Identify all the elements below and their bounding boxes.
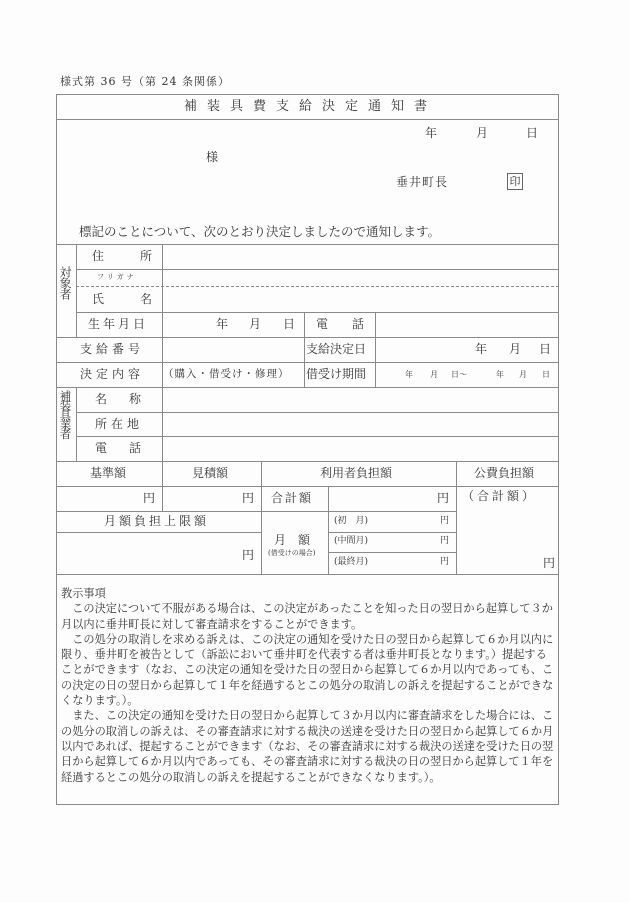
estimate-header: 見積額 [192, 467, 228, 479]
estimate-yen: 円 [242, 492, 254, 504]
address-label: 住 所 [92, 250, 156, 262]
first-month-label: (初 月) [334, 517, 368, 526]
divider [56, 532, 261, 533]
rental-period-label: 借受け期間 [306, 368, 366, 380]
divider [76, 286, 559, 287]
divider [56, 362, 559, 363]
divider [56, 461, 559, 462]
divider [328, 532, 456, 533]
divider [56, 511, 456, 512]
date-month: 月 [476, 127, 488, 139]
instructions-paragraph: この決定について不服がある場合は、この決定があったことを知った日の翌日から起算し… [61, 601, 555, 632]
vendor-group-label: 補装具業者 [59, 390, 71, 438]
divider [76, 412, 559, 413]
birthdate-label: 生年月日 [88, 318, 148, 330]
final-month-yen: 円 [440, 558, 449, 567]
instructions-paragraph: この処分の取消しを求める訴えは、この決定の通知を受けた日の翌日から起算して６か月… [61, 632, 555, 708]
addressee-suffix: 様 [206, 151, 218, 163]
monthly-cap-label: 月額負担上限額 [104, 515, 209, 527]
public-burden-header: 公費負担額 [474, 467, 534, 479]
user-burden-header: 利用者負担額 [320, 467, 392, 479]
middle-month-yen: 円 [440, 537, 449, 546]
vendor-name-label: 名 称 [95, 393, 146, 405]
divider [456, 461, 457, 574]
user-total-label: 合計額 [271, 492, 313, 504]
divider [76, 269, 559, 270]
seal-mark: 印 [507, 173, 523, 190]
vendor-phone-label: 電 話 [95, 442, 146, 454]
rental-to-year: 年 [496, 371, 504, 379]
divider [76, 244, 77, 337]
decision-date-year: 年 [475, 343, 487, 355]
rental-from-month: 月 [430, 371, 438, 379]
furigana-label: フリガナ [97, 274, 137, 281]
form-number: 様式第 36 号（第 24 条関係） [60, 73, 230, 89]
subject-group-label: 対象者 [59, 266, 71, 299]
payment-number-label: 支給番号 [80, 343, 144, 355]
divider [56, 486, 559, 487]
monthly-cap-yen: 円 [242, 549, 254, 561]
standard-amount-header: 基準額 [90, 467, 126, 479]
divider [261, 461, 262, 574]
decision-date-label: 支給決定日 [306, 343, 366, 355]
divider [56, 337, 559, 338]
instructions-paragraph: また、この決定の通知を受けた日の翌日から起算して３か月以内に審査請求をした場合に… [61, 708, 555, 784]
monthly-label: 月 額 [274, 534, 310, 546]
divider [328, 552, 456, 553]
instructions-heading: 教示事項 [61, 586, 555, 601]
divider [328, 486, 329, 574]
issuer: 垂井町長 [396, 176, 448, 188]
content-value: （購入・借受け・修理） [163, 369, 290, 380]
divider [56, 387, 559, 388]
divider [304, 312, 305, 387]
birthdate-day: 日 [283, 318, 295, 330]
divider [375, 312, 376, 387]
divider [56, 244, 559, 245]
birthdate-month: 月 [249, 318, 261, 330]
date-year: 年 [425, 127, 437, 139]
divider [76, 436, 559, 437]
birthdate-year: 年 [216, 318, 228, 330]
intro-text: 標記のことについて、次のとおり決定しましたので通知します。 [79, 226, 440, 239]
rental-to-day: 日 [542, 371, 550, 379]
rental-from-day: 日～ [451, 371, 467, 379]
divider [76, 312, 559, 313]
decision-date-day: 日 [539, 343, 551, 355]
document-title: 補装具費支給決定通知書 [184, 100, 437, 113]
rental-from-year: 年 [405, 371, 413, 379]
date-day: 日 [526, 127, 538, 139]
public-total-yen: 円 [543, 557, 555, 569]
user-total-yen: 円 [437, 492, 449, 504]
middle-month-label: (中間月) [334, 537, 368, 546]
divider [56, 574, 559, 575]
name-label: 氏 名 [92, 293, 156, 305]
final-month-label: (最終月) [334, 558, 368, 567]
phone-label: 電 話 [316, 318, 370, 330]
standard-yen: 円 [143, 492, 155, 504]
divider [56, 119, 559, 120]
public-total-label: （合計額） [462, 490, 537, 502]
vendor-location-label: 所在地 [95, 418, 143, 430]
instructions-section: 教示事項 この決定について不服がある場合は、この決定があったことを知った日の翌日… [61, 586, 555, 785]
monthly-note: (借受けの場合) [268, 550, 315, 557]
first-month-yen: 円 [440, 517, 449, 526]
content-label: 決定内容 [80, 368, 144, 380]
divider [76, 387, 77, 461]
decision-date-month: 月 [509, 343, 521, 355]
rental-to-month: 月 [519, 371, 527, 379]
